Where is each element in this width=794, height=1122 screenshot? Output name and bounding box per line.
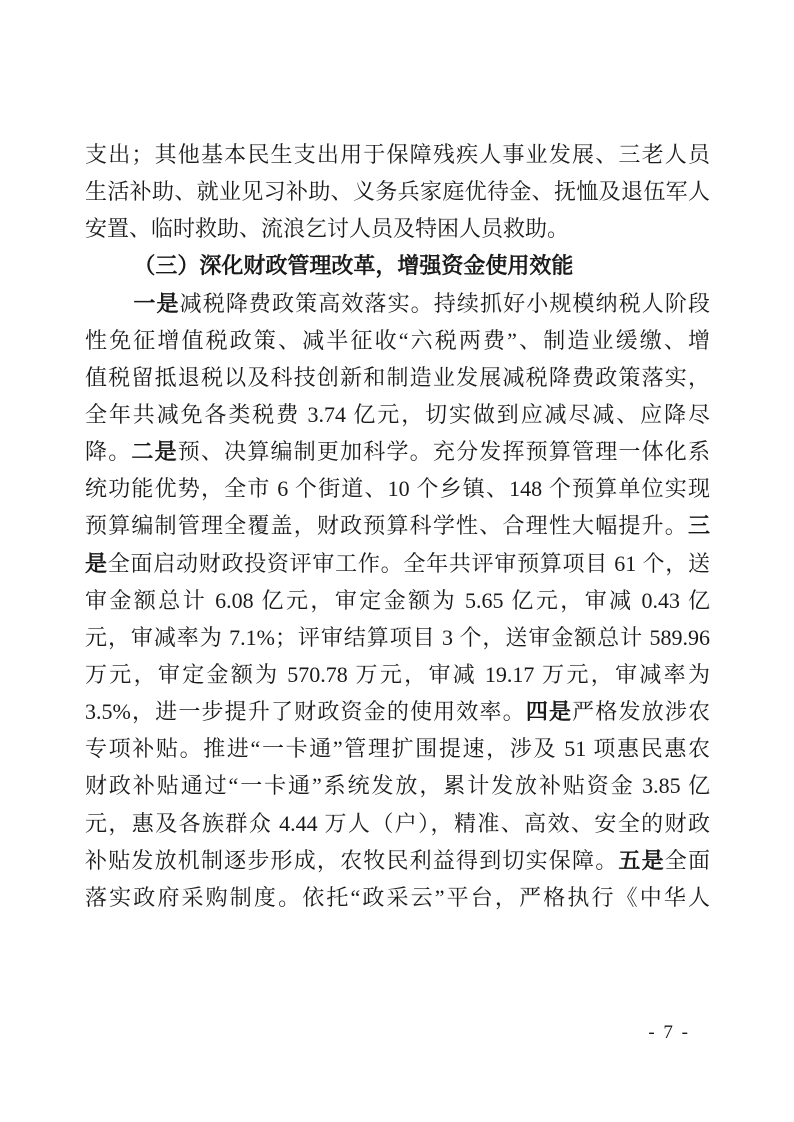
text-line: 万元，审定金额为 570.78 万元，审减 19.17 万元，审减率为 <box>85 656 710 693</box>
page-number: - 7 - <box>648 1022 690 1044</box>
text-line: 审金额总计 6.08 亿元，审定金额为 5.65 亿元，审减 0.43 亿 <box>85 582 710 619</box>
text-line: 预算编制管理全覆盖，财政预算科学性、合理性大幅提升。三 <box>85 507 710 544</box>
text-segment: 全面 <box>665 848 710 873</box>
bold-text-segment: 二是 <box>131 439 177 464</box>
text-line: 专项补贴。推进“一卡通”管理扩围提速，涉及 51 项惠民惠农 <box>85 730 710 767</box>
text-line: 统功能优势，全市 6 个街道、10 个乡镇、148 个预算单位实现 <box>85 470 710 507</box>
text-line: 全年共减免各类税费 3.74 亿元，切实做到应减尽减、应降尽 <box>85 396 710 433</box>
text-segment: 生活补助、就业见习补助、义务兵家庭优待金、抚恤及退伍军人 <box>85 179 710 204</box>
text-segment: 元，审减率为 7.1%；评审结算项目 3 个，送审金额总计 589.96 <box>85 625 710 650</box>
text-segment: 财政补贴通过“一卡通”系统发放，累计发放补贴资金 3.85 亿 <box>85 773 710 798</box>
text-segment: 元，惠及各族群众 4.44 万人（户），精准、高效、安全的财政 <box>85 811 710 836</box>
text-line: 财政补贴通过“一卡通”系统发放，累计发放补贴资金 3.85 亿 <box>85 767 710 804</box>
text-segment: 性免征增值税政策、减半征收“六税两费”、制造业缓缴、增 <box>85 328 710 353</box>
text-line: 降。二是预、决算编制更加科学。充分发挥预算管理一体化系 <box>85 433 710 470</box>
bold-text-segment: 五是 <box>618 848 664 873</box>
text-segment: 落实政府采购制度。依托“政采云”平台，严格执行《中华人 <box>85 885 710 910</box>
text-segment: 严格发放涉农 <box>572 699 710 724</box>
bold-text-segment: 四是 <box>526 699 572 724</box>
text-segment: 安置、临时救助、流浪乞讨人员及特困人员救助。 <box>85 216 569 241</box>
text-segment: 审金额总计 6.08 亿元，审定金额为 5.65 亿元，审减 0.43 亿 <box>85 588 710 613</box>
text-segment: 专项补贴。推进“一卡通”管理扩围提速，涉及 51 项惠民惠农 <box>85 736 710 761</box>
text-line: 落实政府采购制度。依托“政采云”平台，严格执行《中华人 <box>85 879 710 916</box>
text-line: 一是减税降费政策高效落实。持续抓好小规模纳税人阶段 <box>85 285 710 322</box>
bold-text-segment: 是 <box>85 551 108 576</box>
text-line: 补贴发放机制逐步形成，农牧民利益得到切实保障。五是全面 <box>85 842 710 879</box>
text-line: 值税留抵退税以及科技创新和制造业发展减税降费政策落实， <box>85 359 710 396</box>
document-page: 支出；其他基本民生支出用于保障残疾人事业发展、三老人员生活补助、就业见习补助、义… <box>0 0 794 1122</box>
text-segment: 统功能优势，全市 6 个街道、10 个乡镇、148 个预算单位实现 <box>85 476 710 501</box>
text-line: 支出；其他基本民生支出用于保障残疾人事业发展、三老人员 <box>85 136 710 173</box>
text-segment: 减税降费政策高效落实。持续抓好小规模纳税人阶段 <box>180 291 710 316</box>
text-line: 安置、临时救助、流浪乞讨人员及特困人员救助。 <box>85 210 710 247</box>
text-segment: 支出；其他基本民生支出用于保障残疾人事业发展、三老人员 <box>85 142 710 167</box>
text-segment: 全年共减免各类税费 3.74 亿元，切实做到应减尽减、应降尽 <box>85 402 710 427</box>
bold-text-segment: 三 <box>688 513 710 538</box>
text-line: 3.5%，进一步提升了财政资金的使用效率。四是严格发放涉农 <box>85 693 710 730</box>
text-segment: 补贴发放机制逐步形成，农牧民利益得到切实保障。 <box>85 848 618 873</box>
text-line: 性免征增值税政策、减半征收“六税两费”、制造业缓缴、增 <box>85 322 710 359</box>
text-line: 生活补助、就业见习补助、义务兵家庭优待金、抚恤及退伍军人 <box>85 173 710 210</box>
text-segment: 3.5%，进一步提升了财政资金的使用效率。 <box>85 699 526 724</box>
text-segment: 预算编制管理全覆盖，财政预算科学性、合理性大幅提升。 <box>85 513 688 538</box>
bold-text-segment: （三）深化财政管理改革，增强资金使用效能 <box>133 253 573 278</box>
text-line: （三）深化财政管理改革，增强资金使用效能 <box>85 247 710 284</box>
document-body: 支出；其他基本民生支出用于保障残疾人事业发展、三老人员生活补助、就业见习补助、义… <box>85 136 710 916</box>
bold-text-segment: 一是 <box>133 291 179 316</box>
text-line: 元，审减率为 7.1%；评审结算项目 3 个，送审金额总计 589.96 <box>85 619 710 656</box>
text-segment: 万元，审定金额为 570.78 万元，审减 19.17 万元，审减率为 <box>85 662 710 687</box>
text-segment: 值税留抵退税以及科技创新和制造业发展减税降费政策落实， <box>85 365 710 390</box>
text-line: 元，惠及各族群众 4.44 万人（户），精准、高效、安全的财政 <box>85 805 710 842</box>
text-segment: 全面启动财政投资评审工作。全年共评审预算项目 61 个，送 <box>108 551 710 576</box>
text-segment: 预、决算编制更加科学。充分发挥预算管理一体化系 <box>178 439 710 464</box>
text-line: 是全面启动财政投资评审工作。全年共评审预算项目 61 个，送 <box>85 545 710 582</box>
text-segment: 降。 <box>85 439 131 464</box>
